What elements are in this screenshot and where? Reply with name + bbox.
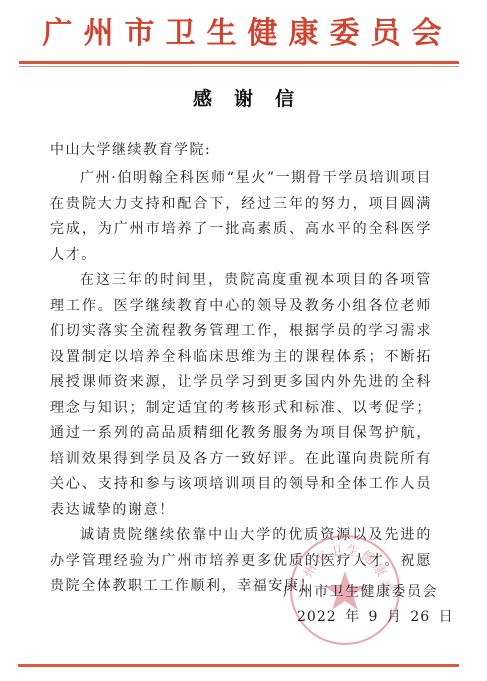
salutation: 中山大学继续教育学院: (50, 140, 211, 160)
letter-title: 感谢信 (0, 84, 487, 114)
paragraph-1: 广州·伯明翰全科医师“星火”一期骨干学员培训项目在贵院大力支持和配合下，经过三年… (50, 166, 432, 268)
letter-body: 广州·伯明翰全科医师“星火”一期骨干学员培训项目在贵院大力支持和配合下，经过三年… (50, 166, 432, 600)
signature-date: 2022 年 9 月 26 日 (297, 607, 454, 627)
signature-organization: 广州市卫生健康委员会 (283, 582, 438, 602)
letterhead-rule-thin (19, 66, 459, 67)
paragraph-2: 在这三年的时间里，贵院高度重视本项目的各项管理工作。医学继续教育中心的领导及教务… (50, 268, 432, 523)
letterhead-issuer: 广州市卫生健康委员会 (0, 14, 487, 54)
letterhead-rule (19, 61, 459, 64)
footer-rule (18, 664, 459, 667)
